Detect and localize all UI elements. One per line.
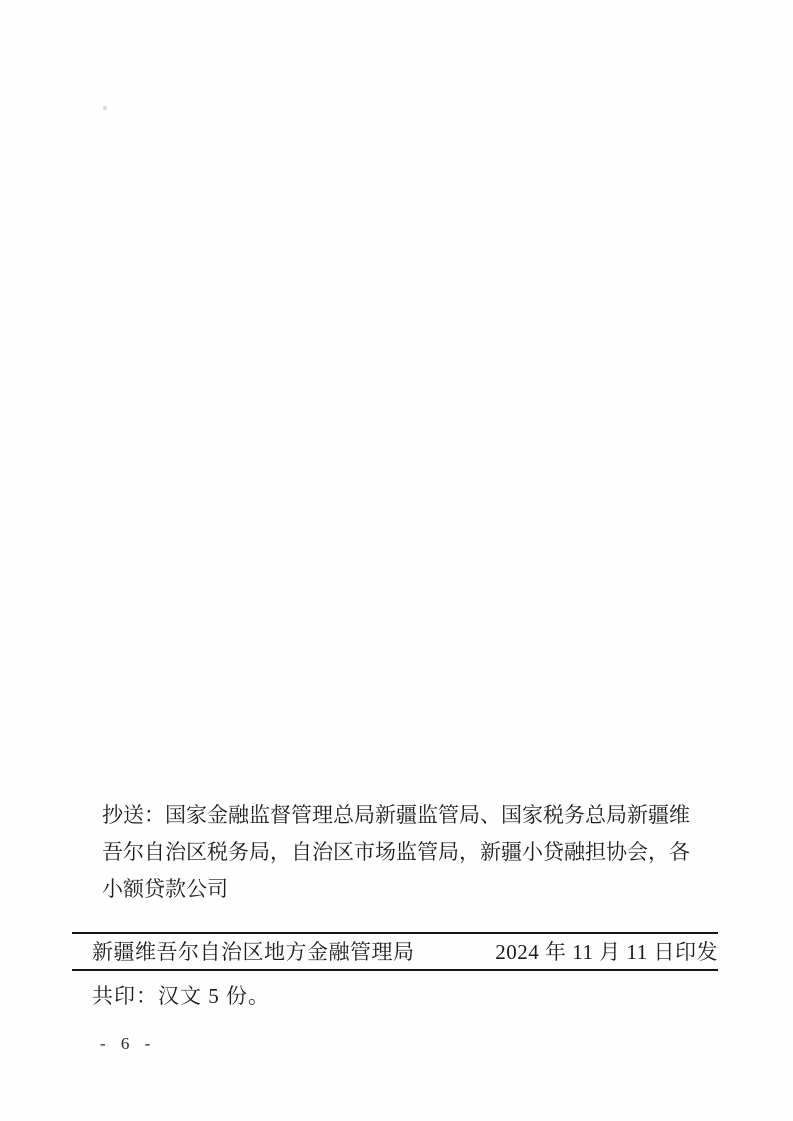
colophon-row: 新疆维吾尔自治区地方金融管理局 2024 年 11 月 11 日印发 (72, 941, 718, 964)
print-date: 2024 年 11 月 11 日印发 (495, 941, 718, 964)
colophon-bottom-rule (72, 969, 718, 971)
cc-block: 抄送：国家金融监督管理总局新疆监管局、国家税务总局新疆维 吾尔自治区税务局，自治… (102, 797, 698, 908)
cc-line-3: 小额贷款公司 (102, 871, 698, 908)
scan-artifact (103, 106, 107, 110)
page-number: - 6 - (100, 1034, 153, 1054)
print-count: 共印：汉文 5 份。 (92, 984, 270, 1008)
cc-line-1: 抄送：国家金融监督管理总局新疆监管局、国家税务总局新疆维 (102, 797, 698, 834)
issuer-name: 新疆维吾尔自治区地方金融管理局 (92, 941, 415, 964)
document-page: 抄送：国家金融监督管理总局新疆监管局、国家税务总局新疆维 吾尔自治区税务局，自治… (0, 0, 793, 1121)
colophon-top-rule (72, 932, 718, 934)
cc-line-2: 吾尔自治区税务局，自治区市场监管局，新疆小贷融担协会，各 (102, 834, 698, 871)
